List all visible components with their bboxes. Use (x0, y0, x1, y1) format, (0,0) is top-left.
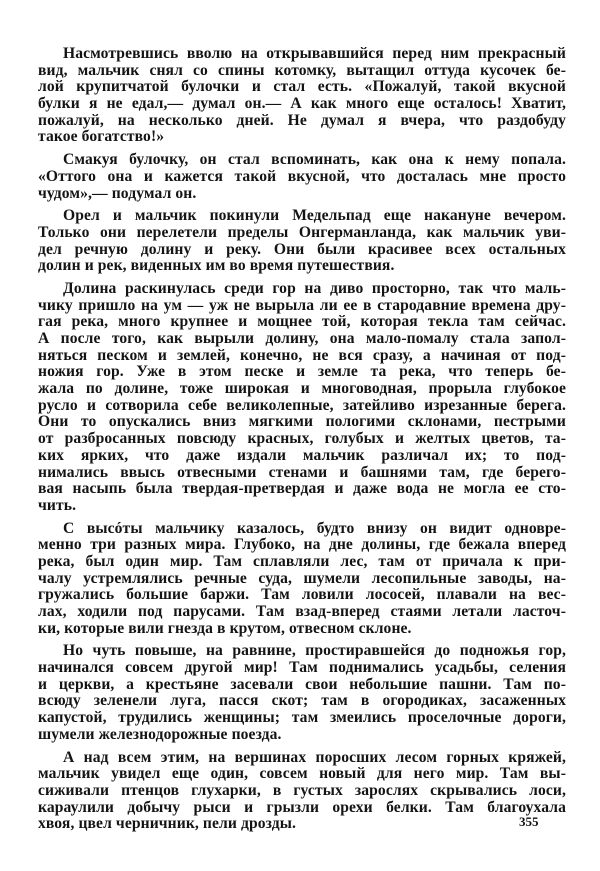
text-line: лой крупитчатой булочки и стал есть. «По… (38, 79, 566, 96)
text-line: гая река, много крупнее и мощнее той, ко… (38, 314, 566, 331)
paragraph: Долина раскинулась среди гор на диво про… (38, 281, 566, 515)
text-line: чику пришло на ум — уж не вырыла ли ее в… (38, 298, 566, 315)
text-line: чить. (38, 498, 566, 515)
text-line: Долина раскинулась среди гор на диво про… (38, 281, 566, 298)
text-line: чалу устремлялись речные суда, шумели ле… (38, 571, 566, 588)
text-line: Орел и мальчик покинули Медельпад еще на… (38, 208, 566, 225)
paragraph: С высóты мальчику казалось, будто внизу … (38, 521, 566, 638)
text-line: вид, мальчик снял со спины котомку, выта… (38, 63, 566, 80)
text-line: долин и рек, виденных им во время путеше… (38, 258, 566, 275)
text-line: жала по долине, тоже широкая и многоводн… (38, 381, 566, 398)
text-line: Но чуть повыше, на равнине, простиравшей… (38, 643, 566, 660)
text-line: нимались ввысь отвесными стенами и башня… (38, 465, 566, 482)
page-body: Насмотревшись вволю на открывавшийся пер… (38, 46, 566, 839)
text-line: хвоя, цвел черничник, пели дрозды. (38, 816, 566, 833)
paragraph: Орел и мальчик покинули Медельпад еще на… (38, 208, 566, 275)
text-line: лах, ходили под парусами. Там взад-впере… (38, 604, 566, 621)
text-line: Они то опускались вниз мягкими пологими … (38, 414, 566, 431)
text-line: «Оттого она и кажется такой вкусной, что… (38, 169, 566, 186)
text-line: ки, которые вили гнезда в крутом, отвесн… (38, 621, 566, 638)
paragraph: Насмотревшись вволю на открывавшийся пер… (38, 46, 566, 146)
text-line: Насмотревшись вволю на открывавшийся пер… (38, 46, 566, 63)
text-line: А после того, как вырыли долину, она мал… (38, 331, 566, 348)
text-line: вая насыпь была твердая-претвердая и даж… (38, 481, 566, 498)
text-line: мальчик увидел еще один, совсем новый дл… (38, 766, 566, 783)
text-line: от разбросанных повсюду красных, голубых… (38, 431, 566, 448)
text-line: река, был один мир. Там сплавляли лес, т… (38, 554, 566, 571)
text-line: дел речную долину и реку. Они были краси… (38, 242, 566, 259)
text-line: караулили добычу рыси и грызли орехи бел… (38, 800, 566, 817)
text-line: ножия гор. Уже в этом песке и земле та р… (38, 364, 566, 381)
text-line: ких ярких, что даже издали мальчик разли… (38, 448, 566, 465)
text-line: шумели железнодорожные поезда. (38, 727, 566, 744)
text-line: сиживали птенцов глухарки, в густых заро… (38, 783, 566, 800)
paragraph: Но чуть повыше, на равнине, простиравшей… (38, 643, 566, 743)
text-line: булки я не едал,— думал он.— А как много… (38, 96, 566, 113)
text-line: чудом»,— подумал он. (38, 186, 566, 203)
page-number: 355 (519, 814, 539, 830)
text-line: гружались большие баржи. Там ловили лосо… (38, 587, 566, 604)
text-line: такое богатство!» (38, 129, 566, 146)
text-line: С высóты мальчику казалось, будто внизу … (38, 521, 566, 538)
text-line: Смакуя булочку, он стал вспоминать, как … (38, 152, 566, 169)
text-line: капустой, трудились женщины; там змеилис… (38, 710, 566, 727)
text-line: и церкви, а крестьяне засевали свои небо… (38, 677, 566, 694)
text-line: А над всем этим, на вершинах поросших ле… (38, 750, 566, 767)
text-line: всюду зеленели луга, пасся скот; там в о… (38, 693, 566, 710)
text-line: менно три разных мира. Глубоко, на дне д… (38, 537, 566, 554)
text-line: Только они перелетели пределы Онгерманла… (38, 225, 566, 242)
text-line: начинался совсем другой мир! Там поднима… (38, 660, 566, 677)
text-line: пожалуй, на несколько дней. Не думал я в… (38, 113, 566, 130)
paragraph: А над всем этим, на вершинах поросших ле… (38, 750, 566, 833)
paragraph: Смакуя булочку, он стал вспоминать, как … (38, 152, 566, 202)
text-line: русло и сотворила себе великолепные, зат… (38, 398, 566, 415)
text-line: няться песком и землей, конечно, не вся … (38, 348, 566, 365)
